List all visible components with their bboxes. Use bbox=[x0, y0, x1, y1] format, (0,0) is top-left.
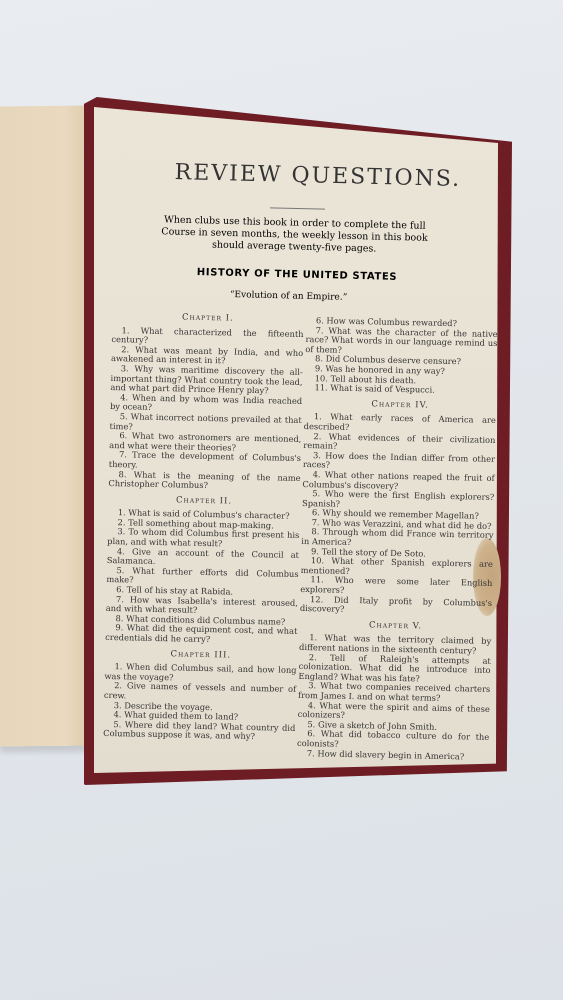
facing-page bbox=[0, 106, 92, 747]
question-item: 8. What is the meaning of the name Chris… bbox=[108, 469, 300, 492]
chapter-heading: Chapter II. bbox=[108, 495, 300, 509]
question-item: 9. What did the equipment cost, and what… bbox=[105, 623, 297, 646]
right-column: 6. How was Columbus rewarded?7. What was… bbox=[297, 316, 498, 762]
chapter-heading: Chapter III. bbox=[105, 649, 297, 663]
intro-text: When clubs use this book in order to com… bbox=[149, 214, 440, 257]
left-column: Chapter I.1. What characterized the fift… bbox=[103, 312, 304, 743]
chapter-heading: Chapter V. bbox=[299, 620, 491, 634]
question-item: 12. Did Italy profit by Columbus's disco… bbox=[300, 595, 492, 618]
question-item: 5. Where did they land? What country did… bbox=[103, 720, 295, 743]
chapter-heading: Chapter IV. bbox=[304, 399, 496, 413]
